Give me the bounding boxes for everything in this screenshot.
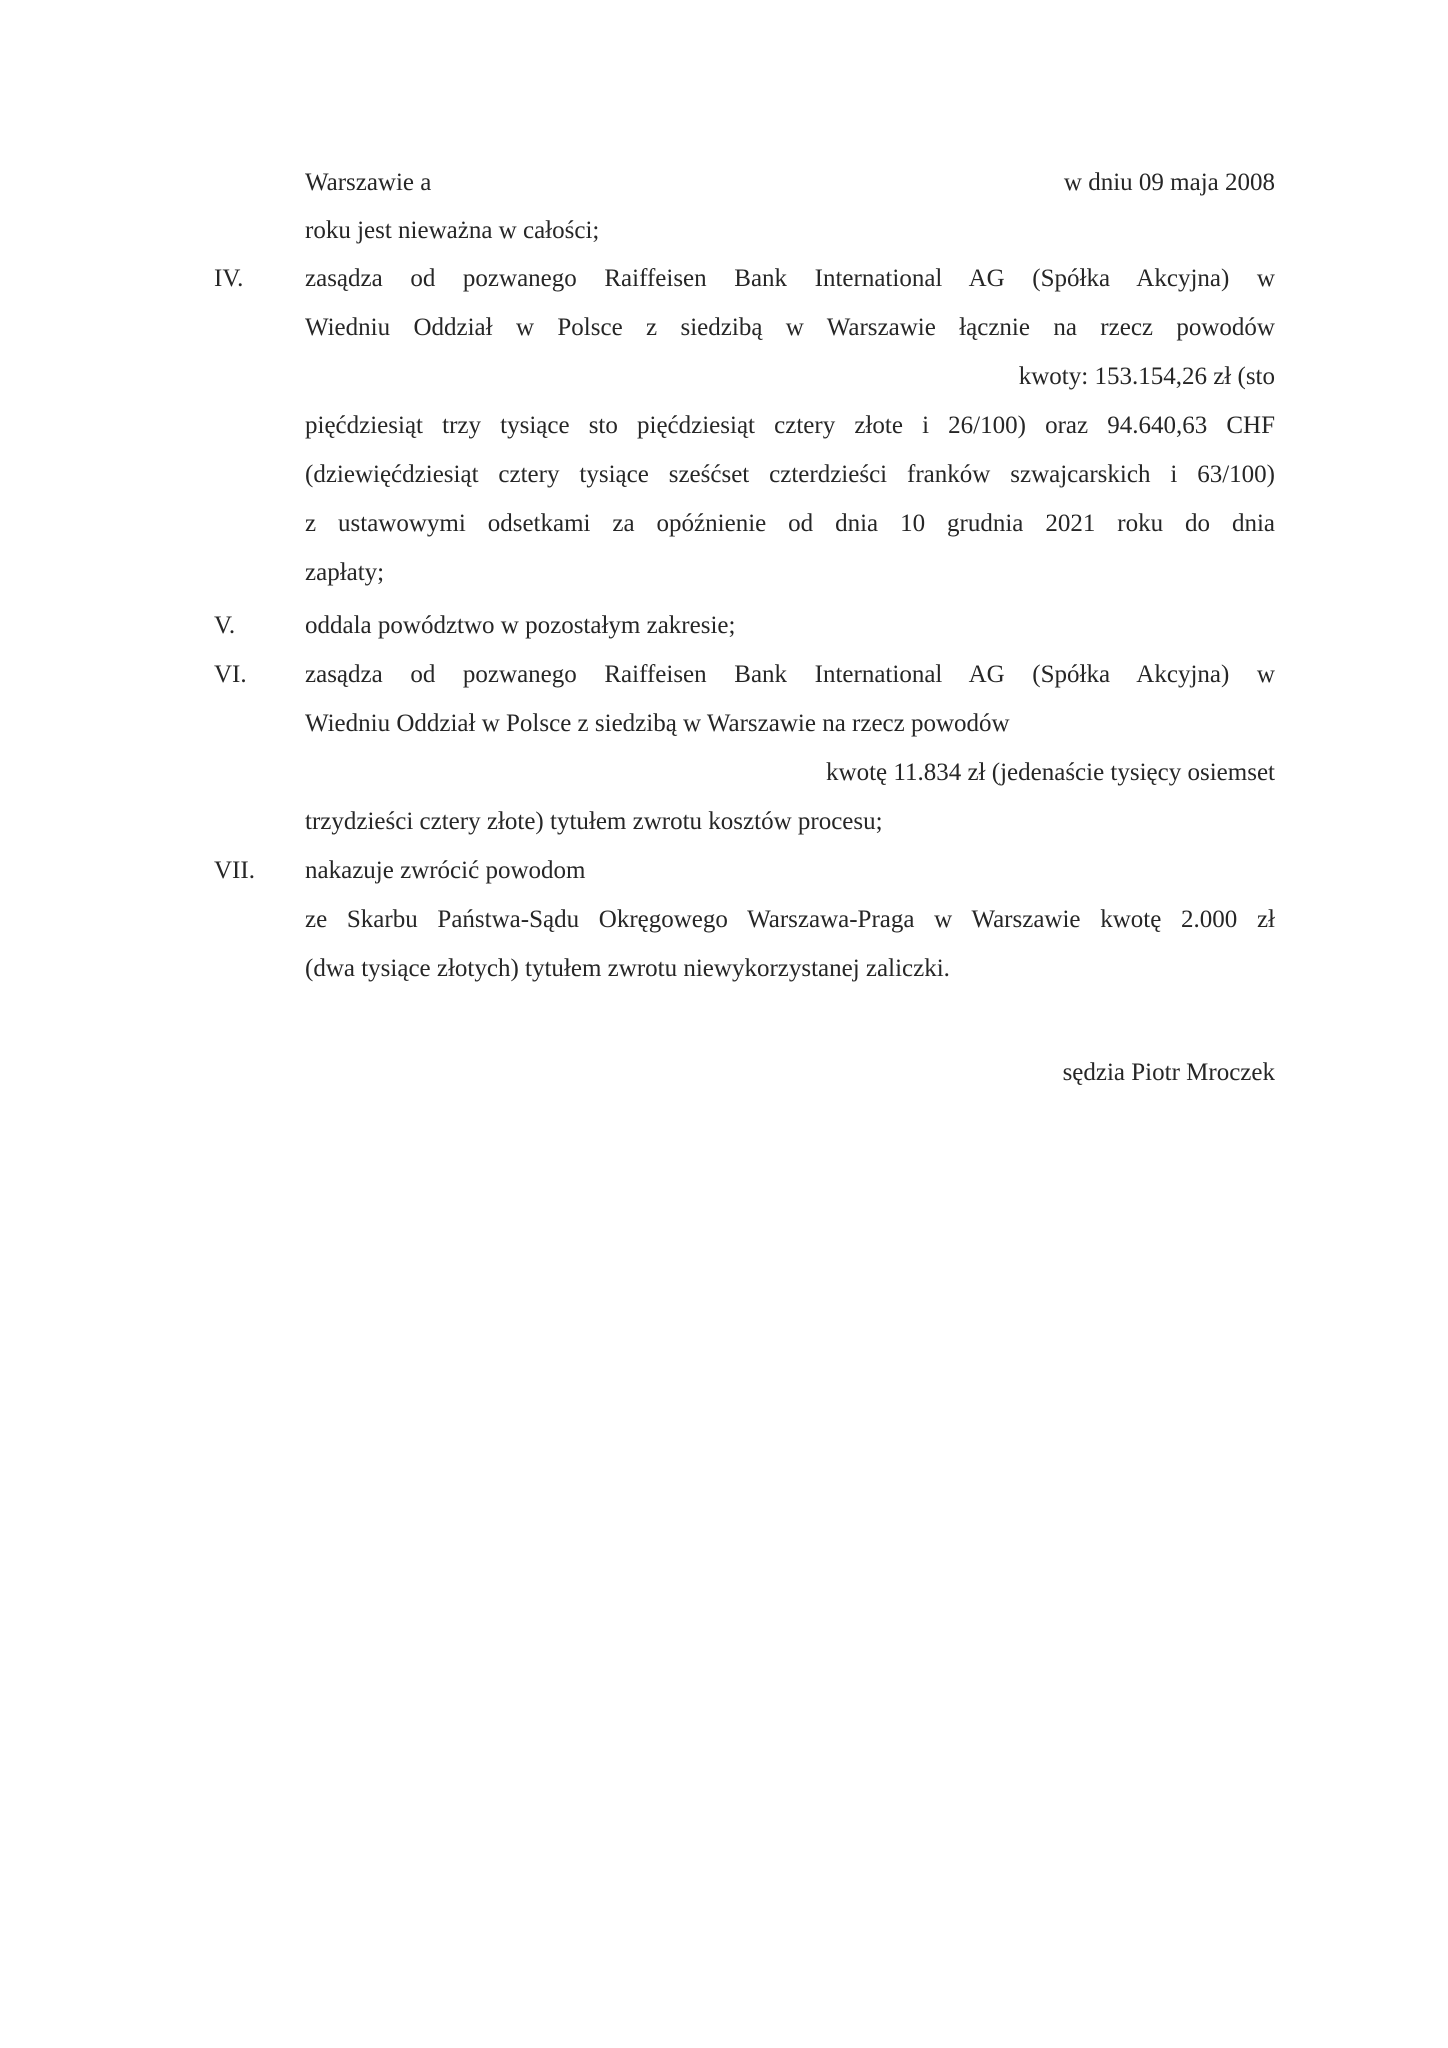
item-iv-line: zapłaty;	[305, 558, 1275, 588]
item-iv-line: kwoty: 153.154,26 zł (sto	[305, 362, 1275, 392]
item-numeral-vi: VI.	[214, 660, 247, 690]
item-iv-line: pięćdziesiąt trzy tysiące sto pięćdziesi…	[305, 411, 1275, 441]
item-vi-line: zasądza od pozwanego Raiffeisen Bank Int…	[305, 660, 1275, 690]
header-line: Warszawie a w dniu 09 maja 2008	[305, 168, 1275, 198]
item-iv-line: Wiedniu Oddział w Polsce z siedzibą w Wa…	[305, 313, 1275, 343]
judge-signature: sędzia Piotr Mroczek	[1063, 1058, 1275, 1088]
header-left: Warszawie a	[305, 169, 431, 196]
item-numeral-v: V.	[214, 611, 235, 641]
item-vi-line: trzydzieści cztery złote) tytułem zwrotu…	[305, 807, 1275, 837]
item-v-line: oddala powództwo w pozostałym zakresie;	[305, 611, 1275, 641]
item-vii-line: (dwa tysiące złotych) tytułem zwrotu nie…	[305, 954, 1275, 984]
item-vii-line: ze Skarbu Państwa-Sądu Okręgowego Warsza…	[305, 905, 1275, 935]
item-numeral-iv: IV.	[214, 264, 243, 294]
item-iv-line: (dziewięćdziesiąt cztery tysiące sześćse…	[305, 460, 1275, 490]
item-numeral-vii: VII.	[214, 856, 255, 886]
item-vii-line: nakazuje zwrócić powodom	[305, 856, 1275, 886]
item-vi-line: kwotę 11.834 zł (jedenaście tysięcy osie…	[305, 758, 1275, 788]
header-date: w dniu 09 maja 2008	[1064, 168, 1275, 198]
continuation-line: roku jest nieważna w całości;	[305, 216, 1275, 246]
item-iv-line: z ustawowymi odsetkami za opóźnienie od …	[305, 509, 1275, 539]
item-vi-line: Wiedniu Oddział w Polsce z siedzibą w Wa…	[305, 709, 1135, 739]
item-iv-line: zasądza od pozwanego Raiffeisen Bank Int…	[305, 264, 1275, 294]
